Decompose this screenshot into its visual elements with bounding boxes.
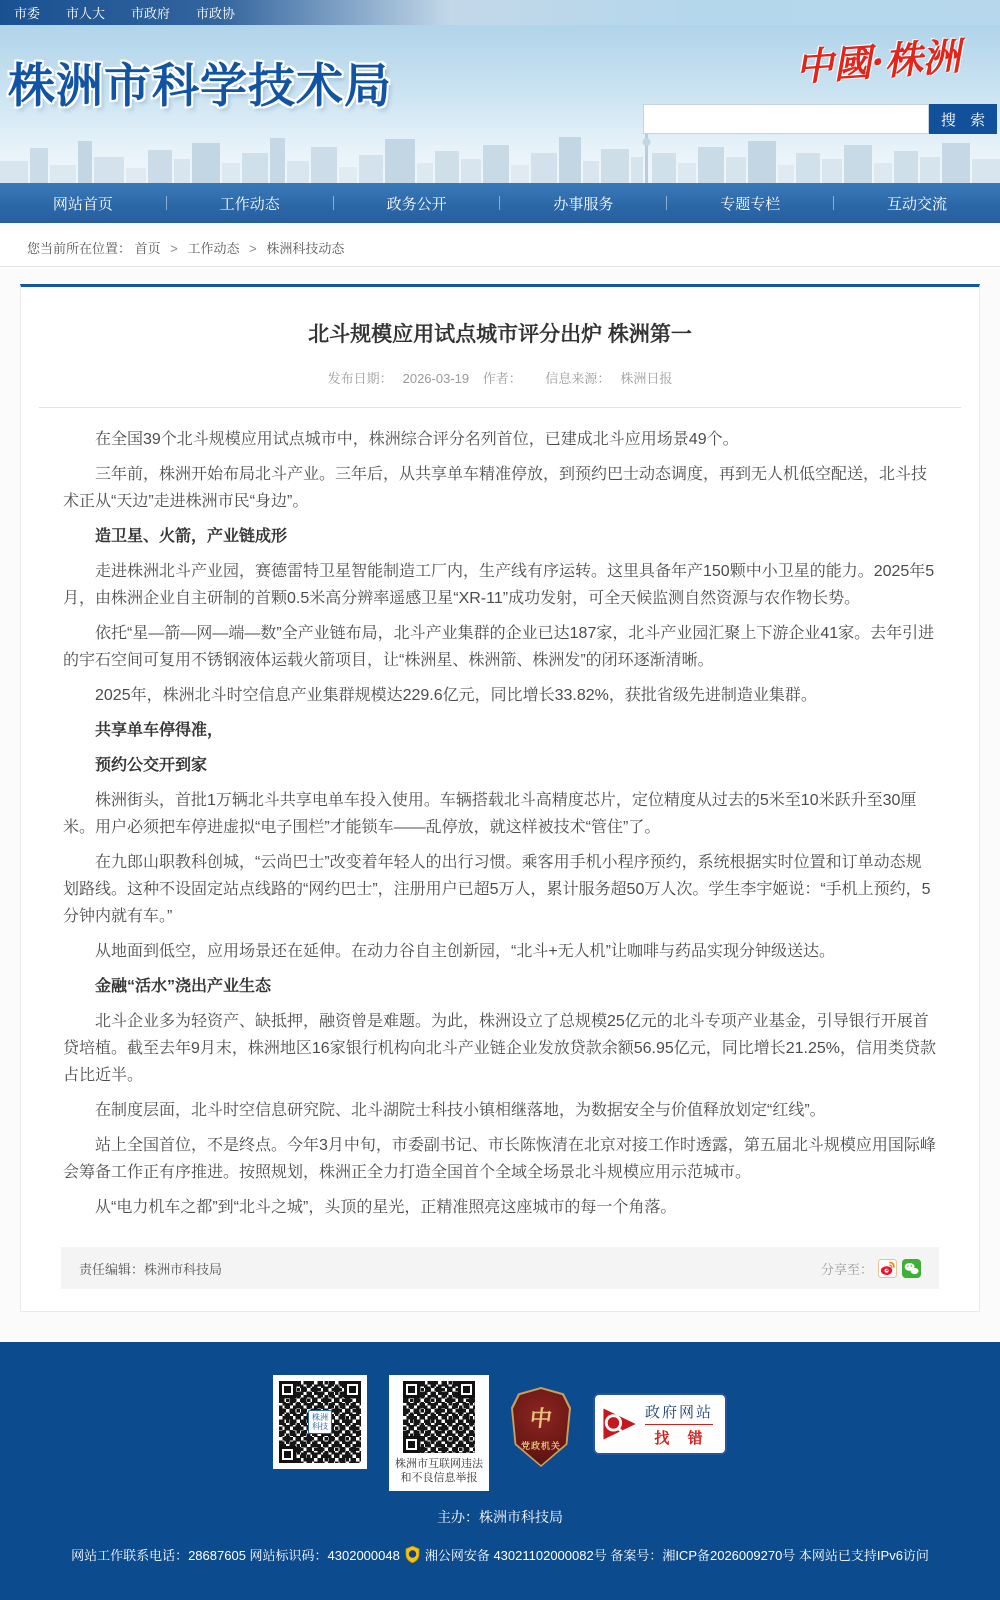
party-gov-org-badge[interactable]: 中 党政机关 (511, 1387, 571, 1467)
find-error-line1: 政府网站 (645, 1401, 713, 1422)
editor-label: 责任编辑：株洲市科技局 (79, 1259, 222, 1278)
section-heading: 预约公交开到家 (63, 752, 937, 779)
breadcrumb-separator: > (170, 241, 178, 256)
article-paragraph: 从“电力机车之都”到“北斗之城”，头顶的星光，正精准照亮这座城市的每一个角落。 (63, 1194, 937, 1221)
main-navigation: 网站首页 工作动态 政务公开 办事服务 专题专栏 互动交流 (0, 183, 1000, 223)
article-container: 北斗规模应用试点城市评分出炉 株洲第一 发布日期：2026-03-19 作者： … (20, 284, 980, 1312)
article-paragraph: 从地面到低空，应用场景还在延伸。在动力谷自主创新园，“北斗+无人机”让咖啡与药品… (63, 938, 937, 965)
header-banner: 株洲市科学技术局 中國·株洲 搜 索 (0, 25, 1000, 183)
topbar-link-shizhengxie[interactable]: 市政协 (196, 3, 235, 22)
contact-left: 网站工作联系电话：28687605 网站标识码：4302000048 (71, 1545, 400, 1564)
magnifier-icon (599, 1404, 639, 1444)
article-paragraph: 2025年，株洲北斗时空信息产业集群规模达229.6亿元，同比增长33.82%，… (63, 682, 937, 709)
editor-bar: 责任编辑：株洲市科技局 分享至： (61, 1247, 939, 1289)
topbar-link-shiwei[interactable]: 市委 (14, 3, 40, 22)
article-meta: 发布日期：2026-03-19 作者： 信息来源：株洲日报 (21, 368, 979, 387)
footer: 株洲 科技 株洲市互联网违法 和不良信息举报 中 党政机关 (0, 1342, 1000, 1600)
publish-date: 2026-03-19 (403, 371, 470, 386)
article-paragraph: 北斗企业多为轻资产、缺抵押，融资曾是难题。为此，株洲设立了总规模25亿元的北斗专… (63, 1008, 937, 1089)
qr-finder (403, 1381, 420, 1398)
share-label: 分享至： (821, 1259, 873, 1278)
source-label: 信息来源： (545, 371, 610, 386)
page: 市委 市人大 市政府 市政协 株洲市科学技术局 中國·株洲 搜 索 (0, 0, 1000, 1600)
search-input[interactable] (643, 104, 929, 134)
article-paragraph: 株洲街头，首批1万辆北斗共享电单车投入使用。车辆搭载北斗高精度芯片，定位精度从过… (63, 787, 937, 841)
search-bar: 搜 索 (643, 104, 997, 134)
article-paragraph: 依托“星—箭—网—端—数”全产业链布局，北斗产业集群的企业已达187家，北斗产业… (63, 620, 937, 674)
contact-right: 湘公网安备 43021102000082号 备案号：湘ICP备202600927… (425, 1545, 929, 1564)
site-qr-code: 株洲 科技 (273, 1375, 367, 1469)
party-gov-label: 党政机关 (521, 1439, 561, 1452)
qr-finder (279, 1381, 296, 1398)
qr-center-label: 株洲 科技 (308, 1410, 332, 1434)
article-paragraph: 在制度层面，北斗时空信息研究院、北斗湖院士科技小镇相继落地，为数据安全与价值释放… (63, 1097, 937, 1124)
china-zhuzhou-logo: 中國·株洲 (793, 25, 962, 91)
article-paragraph: 走进株洲北斗产业园，赛德雷特卫星智能制造工厂内，生产线有序运转。这里具备年产15… (63, 558, 937, 612)
topbar-link-shirenda[interactable]: 市人大 (66, 3, 105, 22)
topbar-link-shizhengfu[interactable]: 市政府 (131, 3, 170, 22)
top-link-bar: 市委 市人大 市政府 市政协 (0, 0, 1000, 25)
section-heading: 造卫星、火箭，产业链成形 (63, 523, 937, 550)
article-body: 在全国39个北斗规模应用试点城市中，株洲综合评分名列首位，已建成北斗应用场景49… (21, 408, 979, 1221)
nav-item-work-news[interactable]: 工作动态 (167, 193, 333, 214)
author-label: 作者： (483, 371, 522, 386)
section-heading: 共享单车停得准， (63, 717, 937, 744)
nav-item-gov-info[interactable]: 政务公开 (334, 193, 500, 214)
article-paragraph: 在全国39个北斗规模应用试点城市中，株洲综合评分名列首位，已建成北斗应用场景49… (63, 426, 937, 453)
nav-item-interaction[interactable]: 互动交流 (834, 193, 1000, 214)
qr-finder (403, 1436, 420, 1453)
breadcrumb-home[interactable]: 首页 (135, 241, 161, 256)
article-paragraph: 三年前，株洲开始布局北斗产业。三年后，从共享单车精准停放，到预约巴士动态调度，再… (63, 461, 937, 515)
nav-item-special-topics[interactable]: 专题专栏 (667, 193, 833, 214)
city-skyline-image (0, 128, 1000, 183)
search-button[interactable]: 搜 索 (929, 104, 997, 134)
nav-item-home[interactable]: 网站首页 (0, 193, 166, 214)
police-badge-icon (405, 1546, 420, 1563)
qr-finder (458, 1381, 475, 1398)
breadcrumb-separator: > (249, 241, 257, 256)
party-emblem-icon: 中 (528, 1402, 553, 1433)
breadcrumb-label: 您当前所在位置： (27, 241, 131, 256)
host-line: 主办：株洲市科技局 (0, 1507, 1000, 1527)
report-qr-caption: 株洲市互联网违法 和不良信息举报 (395, 1457, 483, 1485)
breadcrumb-work-news[interactable]: 工作动态 (188, 241, 240, 256)
publish-date-label: 发布日期： (328, 371, 393, 386)
footer-contact-line: 网站工作联系电话：28687605 网站标识码：4302000048 湘公网安备… (0, 1545, 1000, 1564)
site-title: 株洲市科学技术局 (8, 49, 392, 116)
breadcrumb-current[interactable]: 株洲科技动态 (266, 241, 344, 256)
article-paragraph: 在九郎山职教科创城，“云尚巴士”改变着年轻人的出行习惯。乘客用手机小程序预约，系… (63, 849, 937, 930)
qr-finder (279, 1446, 296, 1463)
weibo-share-icon[interactable] (878, 1259, 897, 1278)
find-error-line2: 找 错 (645, 1424, 713, 1448)
article-title: 北斗规模应用试点城市评分出炉 株洲第一 (21, 318, 979, 348)
qr-finder (344, 1381, 361, 1398)
report-qr-code: 株洲市互联网违法 和不良信息举报 (389, 1375, 489, 1491)
nav-item-services[interactable]: 办事服务 (500, 193, 666, 214)
section-heading: 金融“活水”浇出产业生态 (63, 973, 937, 1000)
breadcrumb: 您当前所在位置： 首页 > 工作动态 > 株洲科技动态 (0, 230, 1000, 267)
share-group: 分享至： (821, 1259, 921, 1278)
article-paragraph: 站上全国首位，不是终点。今年3月中旬，市委副书记、市长陈恢清在北京对接工作时透露… (63, 1132, 937, 1186)
source: 株洲日报 (620, 371, 672, 386)
wechat-share-icon[interactable] (902, 1259, 921, 1278)
footer-badges-row: 株洲 科技 株洲市互联网违法 和不良信息举报 中 党政机关 (0, 1375, 1000, 1491)
gov-site-find-error-badge[interactable]: 政府网站 找 错 (593, 1393, 727, 1455)
